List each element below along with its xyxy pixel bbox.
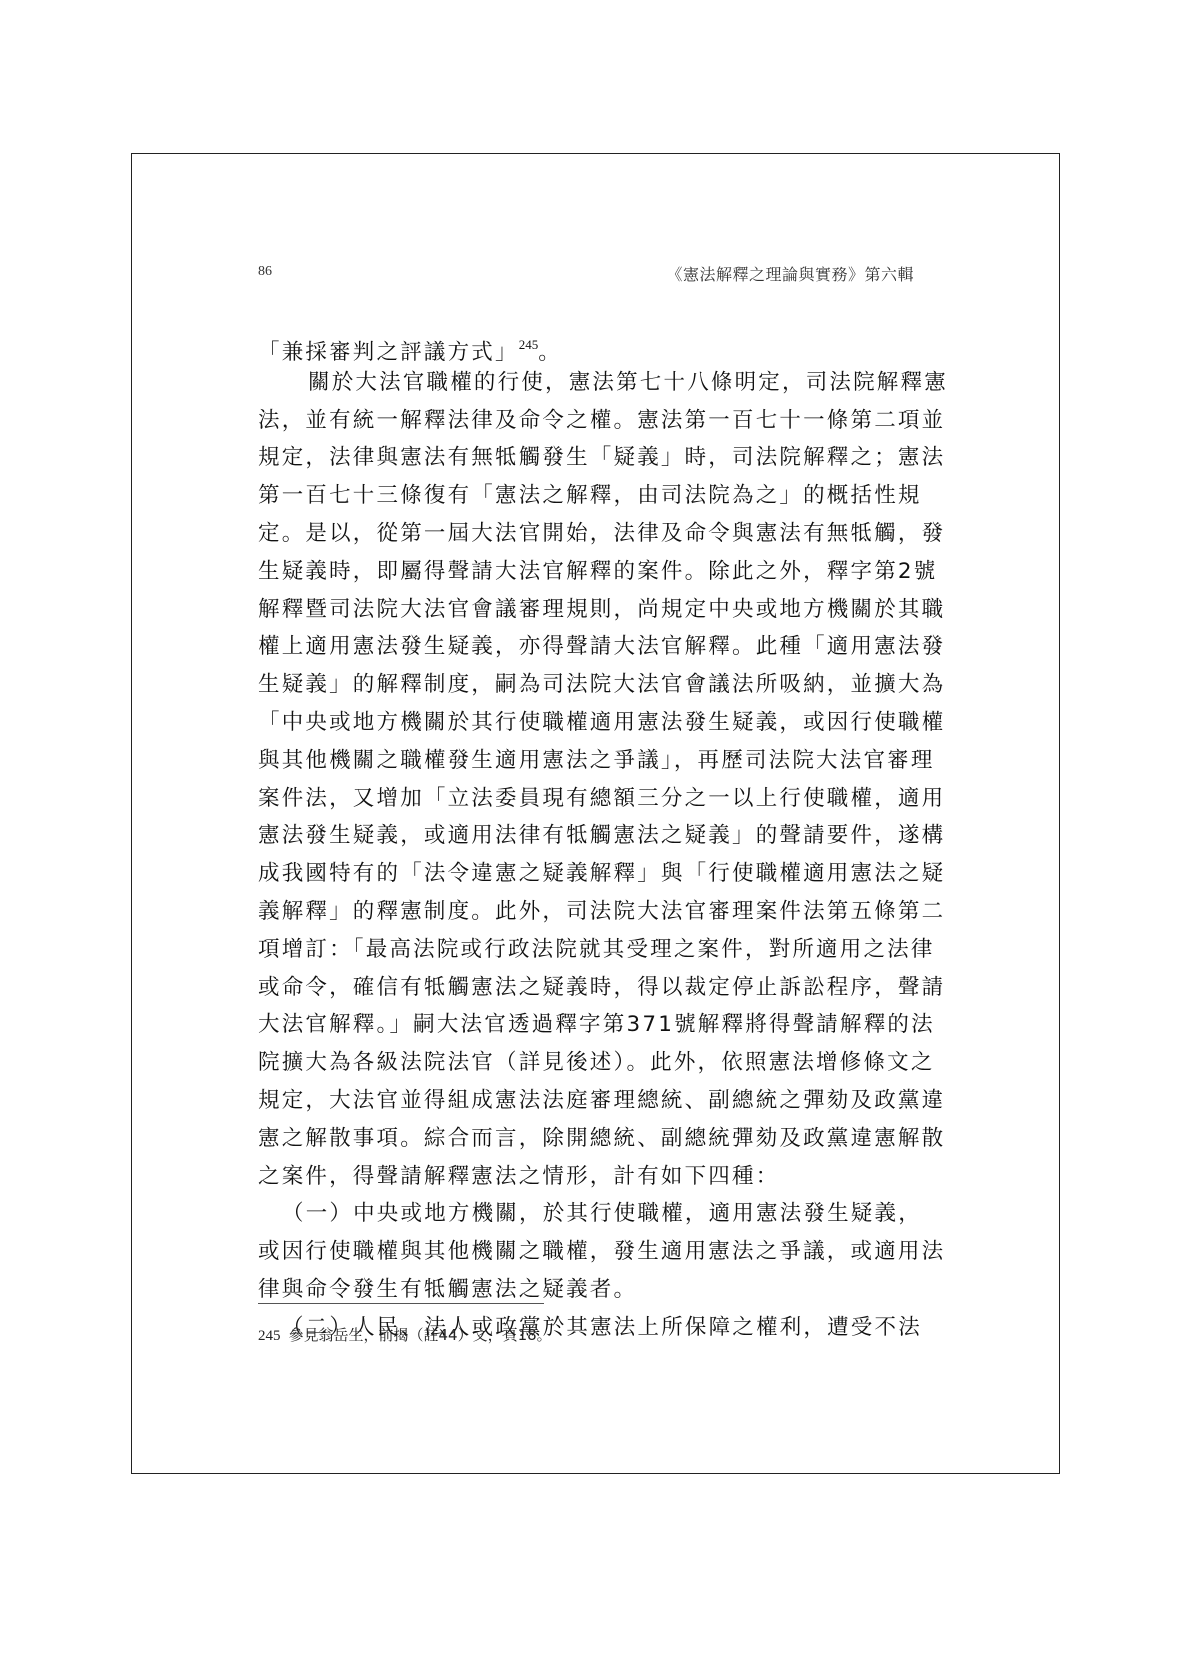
line-text: 規定，法律與憲法有無牴觸發生「疑義」時，司法院解釋之；憲法 [258, 445, 945, 470]
line-text: 律與命令發生有牴觸憲法之疑義者。 [258, 1277, 637, 1302]
text-line: 規定，法律與憲法有無牴觸發生「疑義」時，司法院解釋之；憲法 [258, 443, 914, 481]
line-text: 定。是以，從第一屆大法官開始，法律及命令與憲法有無牴觸，發 [258, 521, 945, 546]
line-text: 第一百七十三條復有「憲法之解釋，由司法院為之」的概括性規 [258, 483, 922, 508]
line-text: 生疑義」的解釋制度，嗣為司法院大法官會議法所吸納，並擴大為 [258, 672, 945, 697]
text-line: （一）中央或地方機關，於其行使職權，適用憲法發生疑義， [258, 1199, 914, 1237]
text-line: 關於大法官職權的行使，憲法第七十八條明定，司法院解釋憲 [258, 368, 914, 406]
line-text: 生疑義時，即屬得聲請大法官解釋的案件。除此之外，釋字第2號 [258, 559, 937, 584]
text-line: 與其他機關之職權發生適用憲法之爭議」，再歷司法院大法官審理 [258, 746, 914, 784]
text-line: 憲之解散事項。綜合而言，除開總統、副總統彈劾及政黨違憲解散 [258, 1124, 914, 1162]
line-text: 解釋暨司法院大法官會議審理規則，尚規定中央或地方機關於其職 [258, 597, 945, 622]
line-text: 義解釋」的釋憲制度。此外，司法院大法官審理案件法第五條第二 [258, 899, 945, 924]
text-line: 權上適用憲法發生疑義，亦得聲請大法官解釋。此種「適用憲法發 [258, 632, 914, 670]
footnote-text: 參見翁岳生，前揭（註44）文，頁18。 [289, 1326, 552, 1344]
line-text: 與其他機關之職權發生適用憲法之爭議」，再歷司法院大法官審理 [258, 748, 935, 773]
text-line: 法，並有統一解釋法律及命令之權。憲法第一百七十一條第二項並 [258, 406, 914, 444]
line-text: 或命令，確信有牴觸憲法之疑義時，得以裁定停止訴訟程序，聲請 [258, 975, 945, 1000]
text-line: 定。是以，從第一屆大法官開始，法律及命令與憲法有無牴觸，發 [258, 519, 914, 557]
text-line: 之案件，得聲請解釋憲法之情形，計有如下四種： [258, 1162, 914, 1200]
line-text: 規定，大法官並得組成憲法法庭審理總統、副總統之彈劾及政黨違 [258, 1088, 945, 1113]
text-line: 或命令，確信有牴觸憲法之疑義時，得以裁定停止訴訟程序，聲請 [258, 973, 914, 1011]
line-text: 成我國特有的「法令違憲之疑義解釋」與「行使職權適用憲法之疑 [258, 861, 945, 886]
line-text: 之案件，得聲請解釋憲法之情形，計有如下四種： [258, 1164, 779, 1189]
line-text: 或因行使職權與其他機關之職權，發生適用憲法之爭議，或適用法 [258, 1239, 945, 1264]
line-text: 法，並有統一解釋法律及命令之權。憲法第一百七十一條第二項並 [258, 408, 945, 433]
page-number: 86 [258, 264, 272, 280]
line-text: 項增訂：「最高法院或行政法院就其受理之案件，對所適用之法律 [258, 937, 935, 962]
footnote-number: 245 [258, 1328, 281, 1344]
line-text: 憲之解散事項。綜合而言，除開總統、副總統彈劾及政黨違憲解散 [258, 1126, 945, 1151]
text-line: 案件法，又增加「立法委員現有總額三分之一以上行使職權，適用 [258, 784, 914, 822]
line-text: 院擴大為各級法院法官（詳見後述）。此外，依照憲法增修條文之 [258, 1050, 935, 1075]
text-line: 解釋暨司法院大法官會議審理規則，尚規定中央或地方機關於其職 [258, 595, 914, 633]
text-line: 「中央或地方機關於其行使職權適用憲法發生疑義，或因行使職權 [258, 708, 914, 746]
line-text: 憲法發生疑義，或適用法律有牴觸憲法之疑義」的聲請要件，遂構 [258, 823, 945, 848]
body-text: 「兼採審判之評議方式」245。關於大法官職權的行使，憲法第七十八條明定，司法院解… [258, 330, 914, 1351]
text-line: 生疑義時，即屬得聲請大法官解釋的案件。除此之外，釋字第2號 [258, 557, 914, 595]
text-line: 憲法發生疑義，或適用法律有牴觸憲法之疑義」的聲請要件，遂構 [258, 821, 914, 859]
line-text: 大法官解釋。」嗣大法官透過釋字第371號解釋將得聲請解釋的法 [258, 1012, 935, 1037]
text-line: 「兼採審判之評議方式」245。 [258, 330, 914, 368]
line-text: 案件法，又增加「立法委員現有總額三分之一以上行使職權，適用 [258, 786, 945, 811]
line-text: 關於大法官職權的行使，憲法第七十八條明定，司法院解釋憲 [308, 370, 948, 395]
text-line: 院擴大為各級法院法官（詳見後述）。此外，依照憲法增修條文之 [258, 1048, 914, 1086]
text-line: 成我國特有的「法令違憲之疑義解釋」與「行使職權適用憲法之疑 [258, 859, 914, 897]
footnote: 245參見翁岳生，前揭（註44）文，頁18。 [258, 1324, 552, 1345]
line-text: 「中央或地方機關於其行使職權適用憲法發生疑義，或因行使職權 [258, 710, 945, 735]
text-line: 律與命令發生有牴觸憲法之疑義者。 [258, 1275, 914, 1313]
text-line: 第一百七十三條復有「憲法之解釋，由司法院為之」的概括性規 [258, 481, 914, 519]
line-text: 「兼採審判之評議方式」 [258, 340, 519, 365]
footnote-reference[interactable]: 245 [519, 337, 539, 352]
book-title: 《憲法解釋之理論與實務》第六輯 [666, 262, 914, 285]
running-header: 86 《憲法解釋之理論與實務》第六輯 [258, 262, 914, 284]
text-line: 或因行使職權與其他機關之職權，發生適用憲法之爭議，或適用法 [258, 1237, 914, 1275]
text-line: 項增訂：「最高法院或行政法院就其受理之案件，對所適用之法律 [258, 935, 914, 973]
line-text: （一）中央或地方機關，於其行使職權，適用憲法發生疑義， [282, 1201, 922, 1226]
text-line: 義解釋」的釋憲制度。此外，司法院大法官審理案件法第五條第二 [258, 897, 914, 935]
text-line: 規定，大法官並得組成憲法法庭審理總統、副總統之彈劾及政黨違 [258, 1086, 914, 1124]
line-tail: 。 [538, 340, 562, 365]
line-text: 權上適用憲法發生疑義，亦得聲請大法官解釋。此種「適用憲法發 [258, 634, 945, 659]
text-line: 生疑義」的解釋制度，嗣為司法院大法官會議法所吸納，並擴大為 [258, 670, 914, 708]
text-line: 大法官解釋。」嗣大法官透過釋字第371號解釋將得聲請解釋的法 [258, 1010, 914, 1048]
footnote-divider [258, 1303, 544, 1304]
